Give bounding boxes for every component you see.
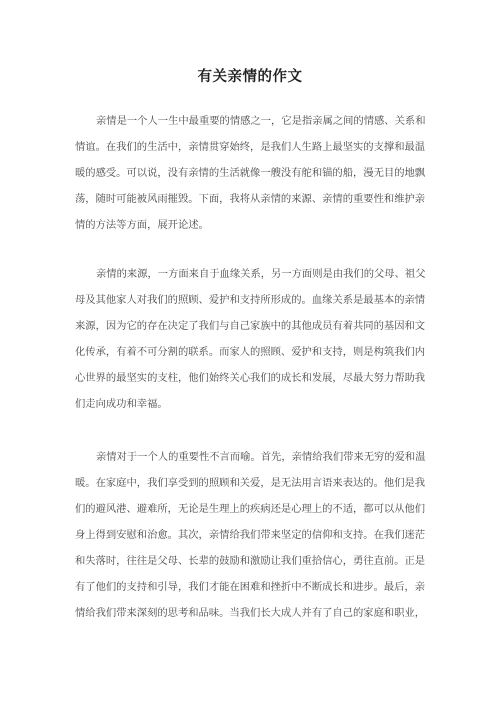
paragraph-importance: 亲情对于一个人的重要性不言而喻。首先，亲情给我们带来无穷的爱和温 暖。在家庭中，… xyxy=(75,445,427,627)
text-line: 情给我们带来深刻的思考和品味。当我们长大成人并有了自己的家庭和职业， xyxy=(75,601,427,627)
text-line: 情谊。在我们的生活中，亲情贯穿始终，是我们人生路上最坚实的支撑和最温 xyxy=(75,135,427,161)
text-line: 情的方法等方面，展开论述。 xyxy=(75,213,427,239)
text-line: 化传承，有着不可分割的联系。而家人的照顾、爱护和支持，则是构筑我们内 xyxy=(75,340,427,366)
text-line: 心世界的最坚实的支柱，他们始终关心我们的成长和发展，尽最大努力帮助我 xyxy=(75,366,427,392)
text-line: 暖。在家庭中，我们享受到的照顾和关爱，是无法用言语来表达的。他们是我 xyxy=(75,471,427,497)
text-line: 暖的感受。可以说，没有亲情的生活就像一艘没有舵和锚的船，漫无目的地飘 xyxy=(75,161,427,187)
paragraph-intro: 亲情是一个人一生中最重要的情感之一，它是指亲属之间的情感、关系和 情谊。在我们的… xyxy=(75,109,427,239)
text-line: 荡，随时可能被风雨摧毁。下面，我将从亲情的来源、亲情的重要性和维护亲 xyxy=(75,187,427,213)
text-line: 母及其他家人对我们的照顾、爱护和支持所形成的。血缘关系是最基本的亲情 xyxy=(75,288,427,314)
text-line: 们走向成功和幸福。 xyxy=(75,392,427,418)
paragraph-origin: 亲情的来源，一方面来自于血缘关系，另一方面则是由我们的父母、祖父 母及其他家人对… xyxy=(75,262,427,418)
document-title: 有关亲情的作文 xyxy=(0,68,500,86)
text-line: 身上得到安慰和治愈。其次，亲情给我们带来坚定的信仰和支持。在我们迷茫 xyxy=(75,523,427,549)
text-line: 亲情是一个人一生中最重要的情感之一，它是指亲属之间的情感、关系和 xyxy=(75,109,427,135)
text-line: 亲情对于一个人的重要性不言而喻。首先，亲情给我们带来无穷的爱和温 xyxy=(75,445,427,471)
document-page: 有关亲情的作文 亲情是一个人一生中最重要的情感之一，它是指亲属之间的情感、关系和… xyxy=(0,0,500,707)
text-line: 和失落时，往往是父母、长辈的鼓励和激励让我们重拾信心，勇往直前。正是 xyxy=(75,549,427,575)
text-line: 们的避风港、避难所，无论是生理上的疾病还是心理上的不适，都可以从他们 xyxy=(75,497,427,523)
text-line: 亲情的来源，一方面来自于血缘关系，另一方面则是由我们的父母、祖父 xyxy=(75,262,427,288)
text-line: 有了他们的支持和引导，我们才能在困难和挫折中不断成长和进步。最后，亲 xyxy=(75,575,427,601)
text-line: 来源，因为它的存在决定了我们与自己家族中的其他成员有着共同的基因和文 xyxy=(75,314,427,340)
